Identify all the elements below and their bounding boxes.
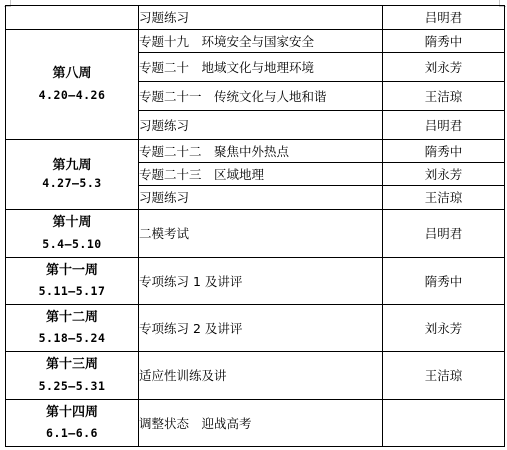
week-date-range: 5.4—5.10 xyxy=(6,238,138,252)
review-schedule-table: 习题练习 吕明君 第八周 4.20—4.26 专题十九 环境安全与国家安全 隋秀… xyxy=(5,5,505,447)
topic-cell: 习题练习 xyxy=(139,186,383,210)
week-name: 第十二周 xyxy=(6,310,138,326)
week-name: 第八周 xyxy=(6,66,138,82)
table-row: 第十三周 5.25—5.31 适应性训练及讲 王洁琼 xyxy=(6,352,505,400)
week-name: 第十四周 xyxy=(6,405,138,421)
week-name: 第十周 xyxy=(6,215,138,231)
table-row: 习题练习 吕明君 xyxy=(6,6,505,30)
teacher-cell: 王洁琼 xyxy=(383,82,505,111)
topic-cell: 专项练习 2 及讲评 xyxy=(139,305,383,352)
topic-cell: 专题十九 环境安全与国家安全 xyxy=(139,30,383,53)
table-row: 第十一周 5.11—5.17 专项练习 1 及讲评 隋秀中 xyxy=(6,258,505,305)
week-cell xyxy=(6,6,139,30)
week-date-range: 4.20—4.26 xyxy=(6,89,138,103)
teacher-cell: 王洁琼 xyxy=(383,186,505,210)
teacher-cell: 隋秀中 xyxy=(383,140,505,163)
week-cell: 第十三周 5.25—5.31 xyxy=(6,352,139,400)
topic-cell: 专题二十三 区域地理 xyxy=(139,163,383,186)
topic-cell: 专项练习 1 及讲评 xyxy=(139,258,383,305)
table-row: 第十周 5.4—5.10 二模考试 吕明君 xyxy=(6,210,505,258)
teacher-cell: 刘永芳 xyxy=(383,305,505,352)
teacher-cell: 隋秀中 xyxy=(383,30,505,53)
teacher-cell: 吕明君 xyxy=(383,111,505,140)
table-row: 第九周 4.27—5.3 专题二十二 聚焦中外热点 隋秀中 xyxy=(6,140,505,163)
teacher-cell: 吕明君 xyxy=(383,210,505,258)
teacher-cell: 王洁琼 xyxy=(383,352,505,400)
teacher-cell: 隋秀中 xyxy=(383,258,505,305)
table-row: 第十四周 6.1—6.6 调整状态 迎战高考 xyxy=(6,400,505,447)
topic-cell: 专题二十 地域文化与地理环境 xyxy=(139,53,383,82)
week-name: 第十一周 xyxy=(6,263,138,279)
week-name: 第十三周 xyxy=(6,357,138,373)
teacher-cell: 刘永芳 xyxy=(383,53,505,82)
teacher-cell: 刘永芳 xyxy=(383,163,505,186)
teacher-cell: 吕明君 xyxy=(383,6,505,30)
week-cell: 第九周 4.27—5.3 xyxy=(6,140,139,210)
teacher-cell xyxy=(383,400,505,447)
topic-cell: 专题二十一 传统文化与人地和谐 xyxy=(139,82,383,111)
week-date-range: 5.11—5.17 xyxy=(6,285,138,299)
week-cell: 第十一周 5.11—5.17 xyxy=(6,258,139,305)
topic-cell: 习题练习 xyxy=(139,111,383,140)
week-name: 第九周 xyxy=(6,158,138,174)
topic-cell: 调整状态 迎战高考 xyxy=(139,400,383,447)
week-date-range: 4.27—5.3 xyxy=(6,177,138,191)
week-date-range: 5.18—5.24 xyxy=(6,332,138,346)
topic-cell: 专题二十二 聚焦中外热点 xyxy=(139,140,383,163)
week-date-range: 5.25—5.31 xyxy=(6,380,138,394)
topic-cell: 二模考试 xyxy=(139,210,383,258)
table-row: 第十二周 5.18—5.24 专项练习 2 及讲评 刘永芳 xyxy=(6,305,505,352)
week-date-range: 6.1—6.6 xyxy=(6,427,138,441)
topic-cell: 适应性训练及讲 xyxy=(139,352,383,400)
topic-cell: 习题练习 xyxy=(139,6,383,30)
week-cell: 第十周 5.4—5.10 xyxy=(6,210,139,258)
table-row: 第八周 4.20—4.26 专题十九 环境安全与国家安全 隋秀中 xyxy=(6,30,505,53)
week-cell: 第八周 4.20—4.26 xyxy=(6,30,139,140)
week-cell: 第十四周 6.1—6.6 xyxy=(6,400,139,447)
week-cell: 第十二周 5.18—5.24 xyxy=(6,305,139,352)
